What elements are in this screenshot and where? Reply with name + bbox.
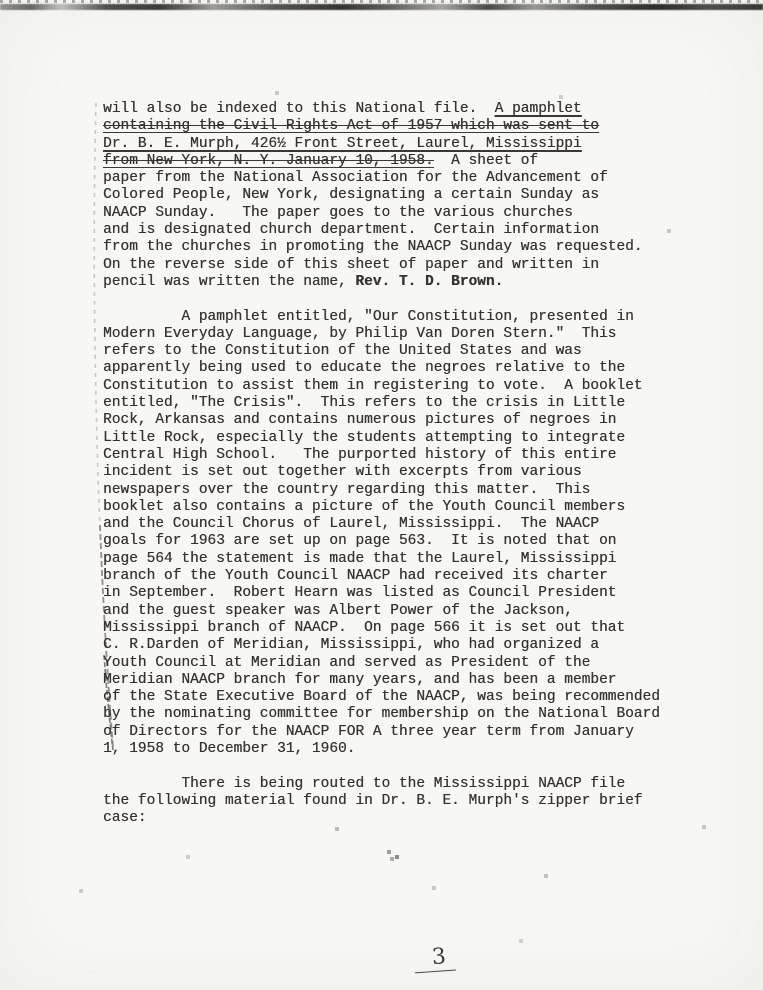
text-line: of Directors for the NAACP FOR A three y…	[103, 724, 683, 741]
text-segment: of Directors for the NAACP FOR A three y…	[103, 724, 634, 740]
text-line: On the reverse side of this sheet of pap…	[103, 257, 683, 274]
text-line: Colored People, New York, designating a …	[103, 187, 683, 204]
text-segment: apparently being used to educate the neg…	[103, 360, 625, 376]
text-line: A pamphlet entitled, "Our Constitution, …	[103, 309, 683, 326]
text-line: NAACP Sunday. The paper goes to the vari…	[103, 205, 683, 222]
text-line: and is designated church department. Cer…	[103, 222, 683, 239]
text-segment: Rev. T. D. Brown.	[355, 274, 503, 290]
paragraph: There is being routed to the Mississippi…	[103, 776, 683, 828]
text-segment: On the reverse side of this sheet of pap…	[103, 257, 599, 273]
text-segment: There is being routed to the Mississippi…	[103, 776, 625, 792]
text-segment: Youth Council at Meridian and served as …	[103, 655, 590, 671]
text-line: Dr. B. E. Murph, 426½ Front Street, Laur…	[103, 136, 683, 153]
text-line: will also be indexed to this National fi…	[103, 101, 683, 118]
text-segment: of the State Executive Board of the NAAC…	[103, 689, 660, 705]
text-segment: will also be indexed to this National fi…	[103, 101, 495, 117]
text-segment: Central High School. The purported histo…	[103, 447, 616, 463]
text-line: Youth Council at Meridian and served as …	[103, 655, 683, 672]
text-segment: case:	[103, 810, 147, 826]
scan-speckles	[0, 0, 2, 2]
scan-artifact-top-edge	[0, 0, 763, 14]
text-segment: page 564 the statement is made that the …	[103, 551, 616, 567]
text-line: newspapers over the country regarding th…	[103, 482, 683, 499]
text-line: goals for 1963 are set up on page 563. I…	[103, 533, 683, 550]
text-segment: Mississippi branch of NAACP. On page 566…	[103, 620, 625, 636]
text-line: in September. Robert Hearn was listed as…	[103, 585, 683, 602]
document-body: will also be indexed to this National fi…	[103, 101, 683, 827]
text-line: and the guest speaker was Albert Power o…	[103, 603, 683, 620]
text-segment: from New York, N. Y. January 10, 1958.	[103, 153, 434, 169]
text-segment: A sheet of	[434, 153, 538, 169]
text-segment: in September. Robert Hearn was listed as…	[103, 585, 616, 601]
text-line: There is being routed to the Mississippi…	[103, 776, 683, 793]
text-segment: Dr. B. E. Murph, 426½ Front Street, Laur…	[103, 136, 582, 152]
text-segment: and is designated church department. Cer…	[103, 222, 599, 238]
text-line: from the churches in promoting the NAACP…	[103, 239, 683, 256]
text-segment: newspapers over the country regarding th…	[103, 482, 590, 498]
text-line: page 564 the statement is made that the …	[103, 551, 683, 568]
text-segment: Modern Everyday Language, by Philip Van …	[103, 326, 616, 342]
text-segment: incident is set out together with excerp…	[103, 464, 582, 480]
text-line: Meridian NAACP branch for many years, an…	[103, 672, 683, 689]
text-segment: entitled, "The Crisis". This refers to t…	[103, 395, 625, 411]
text-line: Constitution to assist them in registeri…	[103, 378, 683, 395]
text-line: Modern Everyday Language, by Philip Van …	[103, 326, 683, 343]
text-line: C. R.Darden of Meridian, Mississippi, wh…	[103, 637, 683, 654]
text-segment: 1, 1958 to December 31, 1960.	[103, 741, 355, 757]
text-line: by the nominating committee for membersh…	[103, 706, 683, 723]
text-line: the following material found in Dr. B. E…	[103, 793, 683, 810]
text-segment: branch of the Youth Council NAACP had re…	[103, 568, 608, 584]
text-line: from New York, N. Y. January 10, 1958. A…	[103, 153, 683, 170]
text-line: 1, 1958 to December 31, 1960.	[103, 741, 683, 758]
text-segment: paper from the National Association for …	[103, 170, 608, 186]
text-line: incident is set out together with excerp…	[103, 464, 683, 481]
text-line: refers to the Constitution of the United…	[103, 343, 683, 360]
text-segment: Constitution to assist them in registeri…	[103, 378, 643, 394]
text-line: pencil was written the name, Rev. T. D. …	[103, 274, 683, 291]
text-segment: Little Rock, especially the students att…	[103, 430, 625, 446]
text-line: apparently being used to educate the neg…	[103, 360, 683, 377]
text-segment: Rock, Arkansas and contains numerous pic…	[103, 412, 616, 428]
text-line: case:	[103, 810, 683, 827]
paragraph: A pamphlet entitled, "Our Constitution, …	[103, 309, 683, 759]
text-segment: pencil was written the name,	[103, 274, 355, 290]
text-segment: and the Council Chorus of Laurel, Missis…	[103, 516, 599, 532]
text-line: paper from the National Association for …	[103, 170, 683, 187]
page-number: 3	[413, 945, 456, 974]
text-segment: and the guest speaker was Albert Power o…	[103, 603, 573, 619]
text-segment: A pamphlet	[495, 101, 582, 117]
text-line: containing the Civil Rights Act of 1957 …	[103, 118, 683, 135]
text-segment: booklet also contains a picture of the Y…	[103, 499, 625, 515]
text-segment: Colored People, New York, designating a …	[103, 187, 599, 203]
text-line: and the Council Chorus of Laurel, Missis…	[103, 516, 683, 533]
text-segment: NAACP Sunday. The paper goes to the vari…	[103, 205, 573, 221]
text-line: Little Rock, especially the students att…	[103, 430, 683, 447]
text-segment: containing the Civil Rights Act of 1957 …	[103, 118, 599, 134]
text-segment: goals for 1963 are set up on page 563. I…	[103, 533, 616, 549]
text-line: Rock, Arkansas and contains numerous pic…	[103, 412, 683, 429]
text-segment: C. R.Darden of Meridian, Mississippi, wh…	[103, 637, 599, 653]
scanned-page: will also be indexed to this National fi…	[0, 0, 763, 990]
text-line: entitled, "The Crisis". This refers to t…	[103, 395, 683, 412]
text-segment: by the nominating committee for membersh…	[103, 706, 660, 722]
text-segment: Meridian NAACP branch for many years, an…	[103, 672, 616, 688]
paragraph: will also be indexed to this National fi…	[103, 101, 683, 291]
text-segment: from the churches in promoting the NAACP…	[103, 239, 643, 255]
text-segment: refers to the Constitution of the United…	[103, 343, 582, 359]
text-line: branch of the Youth Council NAACP had re…	[103, 568, 683, 585]
text-segment: the following material found in Dr. B. E…	[103, 793, 643, 809]
text-line: booklet also contains a picture of the Y…	[103, 499, 683, 516]
text-line: Central High School. The purported histo…	[103, 447, 683, 464]
page-number-value: 3	[431, 944, 447, 970]
text-line: Mississippi branch of NAACP. On page 566…	[103, 620, 683, 637]
text-segment: A pamphlet entitled, "Our Constitution, …	[103, 309, 634, 325]
text-line: of the State Executive Board of the NAAC…	[103, 689, 683, 706]
